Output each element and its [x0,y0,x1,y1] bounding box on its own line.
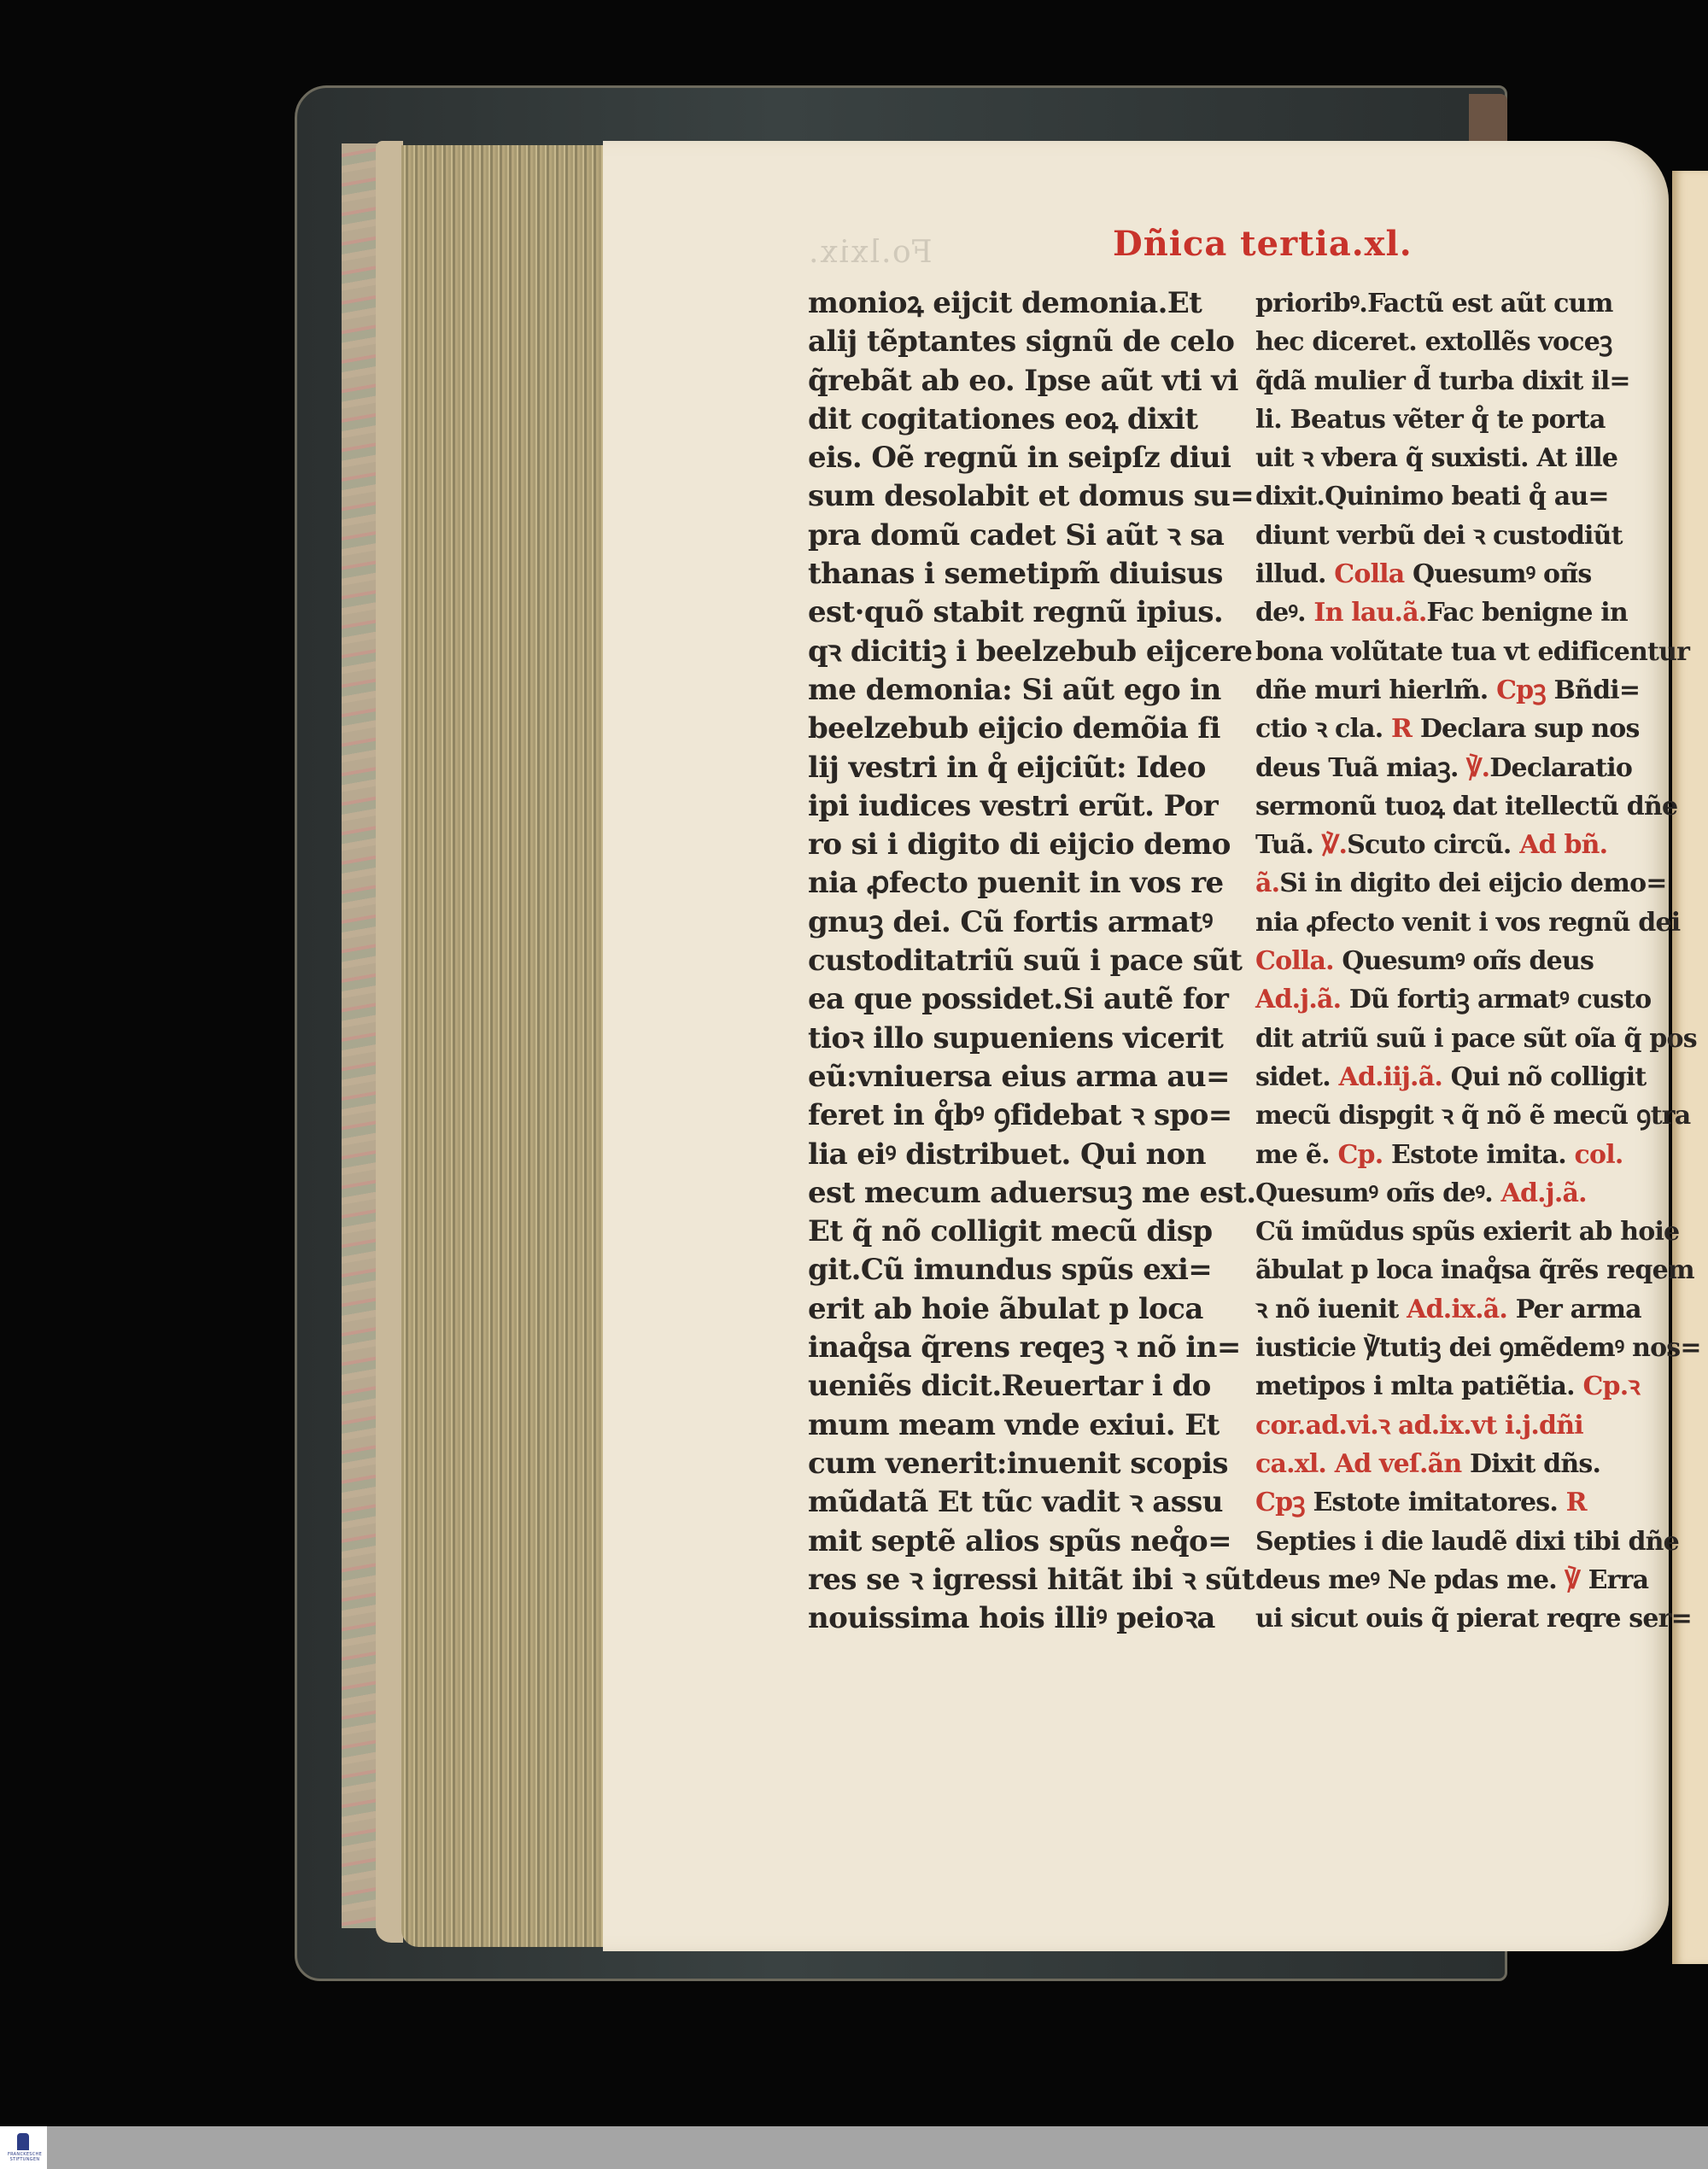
rubric-text: R [1391,714,1412,744]
text-line: deus Tuã miaꝫ. ℣.Declaratio [1255,749,1682,787]
body-text: uit ꝛ vbera q̃ suxisti. At ille [1255,443,1617,473]
body-text: li. Beatus vẽter q̊ te porta [1255,405,1606,435]
body-text: ctio ꝛ cla. [1255,714,1391,744]
text-line: inaq̊sa q̃rens reqeꝫ ꝛ nõ in= [808,1329,1252,1367]
text-line: ctio ꝛ cla. R Declara sup nos [1255,710,1682,748]
text-line: li. Beatus vẽter q̊ te porta [1255,400,1682,439]
text-line: est·quõ stabit regnũ ipius. [808,593,1252,632]
body-text: q̃dã mulier d̃ turba dixit il= [1255,366,1630,396]
marbled-pastedown [342,143,377,1928]
logo-text: FRANCKESCHE STIFTUNGEN [3,2152,47,2162]
body-text: Scuto circũ. [1347,830,1519,860]
rubric-text: Ad.j.ã. [1501,1178,1587,1208]
text-line: Et q̃ nõ colligit mecũ disp [808,1213,1252,1251]
rubric-text: ca.xl. Ad veſ.ãn [1255,1449,1461,1479]
body-text: dixit.Quinimo beati q̊ au= [1255,482,1609,512]
body-text: Per arma [1507,1295,1641,1324]
text-line: me demonia: Si aũt ego in [808,671,1252,710]
text-line: dit cogitationes eoꝝ dixit [808,400,1252,439]
text-line: uit ꝛ vbera q̃ suxisti. At ille [1255,439,1682,477]
body-text: Quesumꝰ oп̃s deꝰ. [1255,1178,1501,1208]
flyleaf [376,141,403,1943]
text-line: metipos i mlta patiẽtia. Cp.ꝛ [1255,1367,1682,1406]
rubric-text: Colla. [1255,946,1334,976]
scan-area: Fo.lxix. Dñica tertia.xl. monioꝝ eijcit … [0,0,1708,2126]
rubric-text: cor.ad.vi.ꝛ ad.ix.vt i.j.dñi [1255,1411,1583,1441]
rubric-text: Ad.ix.ã. [1407,1295,1507,1324]
text-line: mit septẽ alios spũs neq̊o= [808,1523,1252,1561]
text-line: dit atriũ suũ i pace sũt oĩa q̃ pos [1255,1020,1682,1058]
text-line: Quesumꝰ oп̃s deꝰ. Ad.j.ã. [1255,1174,1682,1213]
body-text: deus meꝰ Ne pdas me. [1255,1565,1565,1595]
text-line: cor.ad.vi.ꝛ ad.ix.vt i.j.dñi [1255,1406,1682,1445]
text-line: pra domũ cadet Si aũt ꝛ sa [808,517,1252,555]
body-text: Estote imitatores. [1305,1488,1566,1517]
book-cover-clasp [1469,94,1507,145]
text-line: mecũ dispgit ꝛ q̃ nõ ẽ mecũ ꝯtra [1255,1096,1682,1135]
body-text: metipos i mlta patiẽtia. [1255,1371,1582,1401]
body-text: hec diceret. extollẽs voceꝫ [1255,327,1612,357]
text-line: q̃rebãt ab eo. Ipse aũt vti vi [808,362,1252,400]
body-text: diunt verbũ dei ꝛ custodiũt [1255,521,1623,551]
text-line: res se ꝛ igressi hitãt ibi ꝛ sũt [808,1561,1252,1599]
text-line: me ẽ. Cp. Estote imita. col. [1255,1136,1682,1174]
body-text: me ẽ. [1255,1140,1337,1170]
text-line: sidet. Ad.iij.ã. Qui nõ colligit [1255,1058,1682,1096]
rubric-text: Ad.iij.ã. [1339,1062,1442,1092]
text-line: prioribꝰ.Factũ est aũt cum [1255,284,1682,323]
page-stack-edge [401,145,605,1947]
text-line: alij tẽptantes signũ de celo [808,323,1252,361]
text-line: dñe muri hierlm̃. Cpꝫ Bñdi= [1255,671,1682,710]
text-line: thanas i semetipm̃ diuisus [808,555,1252,593]
body-text: ãbulat p loca inaq̊sa q̃rẽs reqem [1255,1255,1694,1285]
body-text: Qui nõ colligit [1442,1062,1646,1092]
body-text: sermonũ tuoꝝ dat itellectũ dñe [1255,792,1677,821]
text-line: Ad.j.ã. Dũ fortiꝫ armatꝰ custo [1255,980,1682,1019]
body-text: bona volũtate tua vt edificentur [1255,637,1689,667]
body-text: Cũ imũdus spũs exierit ab hoie [1255,1217,1679,1247]
text-line: nia ꝓfecto venit i vos regnũ dei [1255,903,1682,942]
text-line: eũ:vniuersa eius arma au= [808,1058,1252,1096]
text-line: ui sicut ouis q̃ pierat reqre ser= [1255,1599,1682,1638]
body-text: iusticie ℣tutiꝫ dei ꝯmẽdemꝰ nos= [1255,1333,1701,1363]
body-text: Fac benigne in [1427,598,1628,628]
ghost-folio-bleedthrough: Fo.lxix. [807,235,933,270]
text-line: sermonũ tuoꝝ dat itellectũ dñe [1255,787,1682,826]
text-line: Cũ imũdus spũs exierit ab hoie [1255,1213,1682,1251]
text-line: lij vestri in q̊ eijciũt: Ideo [808,749,1252,787]
rubric-text: col. [1575,1140,1623,1170]
francke-logo: FRANCKESCHE STIFTUNGEN [0,2126,47,2169]
body-text: Bñdi= [1546,675,1640,705]
body-text: mecũ dispgit ꝛ q̃ nõ ẽ mecũ ꝯtra [1255,1101,1690,1131]
body-text: prioribꝰ.Factũ est aũt cum [1255,289,1613,319]
text-line: ueniẽs dicit.Reuertar i do [808,1367,1252,1406]
text-line: Tuã. ℣.Scuto circũ. Ad bñ. [1255,826,1682,864]
body-text: ui sicut ouis q̃ pierat reqre ser= [1255,1604,1692,1634]
body-text: nia ꝓfecto venit i vos regnũ dei [1255,908,1680,938]
text-line: erit ab hoie ãbulat p loca [808,1290,1252,1329]
text-line: nia ꝓfecto puenit in vos re [808,864,1252,903]
text-line: cum venerit:inuenit scopis [808,1445,1252,1483]
text-line: ãbulat p loca inaq̊sa q̃rẽs reqem [1255,1251,1682,1289]
body-text: illud. [1255,559,1334,589]
rubric-text: ã. [1255,868,1279,898]
rubric-text: In lau.ã. [1313,598,1426,628]
body-text: Si in digito dei eijcio demo= [1279,868,1666,898]
text-line: tioꝛ illo supueniens vicerit [808,1020,1252,1058]
text-line: lia eiꝰ distribuet. Qui non [808,1136,1252,1174]
text-line: gnuꝫ dei. Cũ fortis armatꝰ [808,903,1252,942]
text-line: ã.Si in digito dei eijcio demo= [1255,864,1682,903]
text-line: qꝛ dicitiꝫ i beelzebub eijcere [808,633,1252,671]
text-line: iusticie ℣tutiꝫ dei ꝯmẽdemꝰ nos= [1255,1329,1682,1367]
text-line: Septies i die laudẽ dixi tibi dñe [1255,1523,1682,1561]
body-text: dñe muri hierlm̃. [1255,675,1496,705]
body-text: Quesumꝰ oп̃s [1404,559,1591,589]
viewer-footer-bar [0,2126,1708,2169]
text-line: hec diceret. extollẽs voceꝫ [1255,323,1682,361]
text-line: ꝛ nõ iuenit Ad.ix.ã. Per arma [1255,1290,1682,1329]
body-text: deꝰ. [1255,598,1313,628]
running-head: Dñica tertia.xl. [1113,224,1413,264]
text-line: monioꝝ eijcit demonia.Et [808,284,1252,323]
rubric-text: Cpꝫ [1496,675,1546,705]
text-line: Cpꝫ Estote imitatores. R [1255,1483,1682,1522]
rubric-text: Cp. [1337,1140,1383,1170]
body-text: Dixit dñs. [1461,1449,1600,1479]
rubric-text: Colla [1334,559,1404,589]
text-line: ro si i digito di eijcio demo [808,826,1252,864]
body-text: Quesumꝰ oп̃s deus [1334,946,1594,976]
text-line: est mecum aduersuꝫ me est. [808,1174,1252,1213]
text-line: deus meꝰ Ne pdas me. ℣ Erra [1255,1561,1682,1599]
text-line: beelzebub eijcio demõia fi [808,710,1252,748]
right-text-column: prioribꝰ.Factũ est aũt cumhec diceret. e… [1255,284,1682,1638]
body-text: Declara sup nos [1412,714,1639,744]
text-line: dixit.Quinimo beati q̊ au= [1255,477,1682,516]
text-line: feret in q̊bꝰ ꝯfidebat ꝛ spo= [808,1096,1252,1135]
logo-figure-icon [17,2133,29,2150]
text-line: eis. Oẽ regnũ in seipſz diui [808,439,1252,477]
text-line: nouissima hois illiꝰ peioꝛa [808,1599,1252,1638]
body-text: Tuã. [1255,830,1322,860]
body-text: ꝛ nõ iuenit [1255,1295,1407,1324]
rubric-text: Cpꝫ [1255,1488,1305,1517]
body-text: Erra [1580,1565,1648,1595]
text-line: Colla. Quesumꝰ oп̃s deus [1255,942,1682,980]
text-line: custoditatriũ suũ i pace sũt [808,942,1252,980]
text-line: ca.xl. Ad veſ.ãn Dixit dñs. [1255,1445,1682,1483]
body-text: Estote imita. [1383,1140,1574,1170]
left-text-column: monioꝝ eijcit demonia.Etalij tẽptantes s… [808,284,1252,1638]
text-line: mũdatã Et tũc vadit ꝛ assu [808,1483,1252,1522]
text-line: diunt verbũ dei ꝛ custodiũt [1255,517,1682,555]
text-line: sum desolabit et domus su= [808,477,1252,516]
body-text: Dũ fortiꝫ armatꝰ custo [1341,985,1651,1014]
rubric-text: R [1566,1488,1587,1517]
rubric-text: Cp.ꝛ [1582,1371,1639,1401]
rubric-text: ℣. [1322,830,1347,860]
text-line: bona volũtate tua vt edificentur [1255,633,1682,671]
rubric-text: ℣. [1466,753,1489,783]
body-text: Declaratio [1489,753,1632,783]
text-line: illud. Colla Quesumꝰ oп̃s [1255,555,1682,593]
text-line: git.Cũ imundus spũs exi= [808,1251,1252,1289]
body-text: dit atriũ suũ i pace sũt oĩa q̃ pos [1255,1024,1697,1054]
rubric-text: ℣ [1565,1565,1580,1595]
text-line: deꝰ. In lau.ã.Fac benigne in [1255,593,1682,632]
body-text: Septies i die laudẽ dixi tibi dñe [1255,1527,1679,1557]
text-line: ipi iudices vestri erũt. Por [808,787,1252,826]
body-text: sidet. [1255,1062,1339,1092]
body-text: deus Tuã miaꝫ. [1255,753,1466,783]
text-line: q̃dã mulier d̃ turba dixit il= [1255,362,1682,400]
rubric-text: Ad bñ. [1519,830,1607,860]
text-line: mum meam vnde exiui. Et [808,1406,1252,1445]
text-line: ea que possidet.Si autẽ for [808,980,1252,1019]
rubric-text: Ad.j.ã. [1255,985,1341,1014]
